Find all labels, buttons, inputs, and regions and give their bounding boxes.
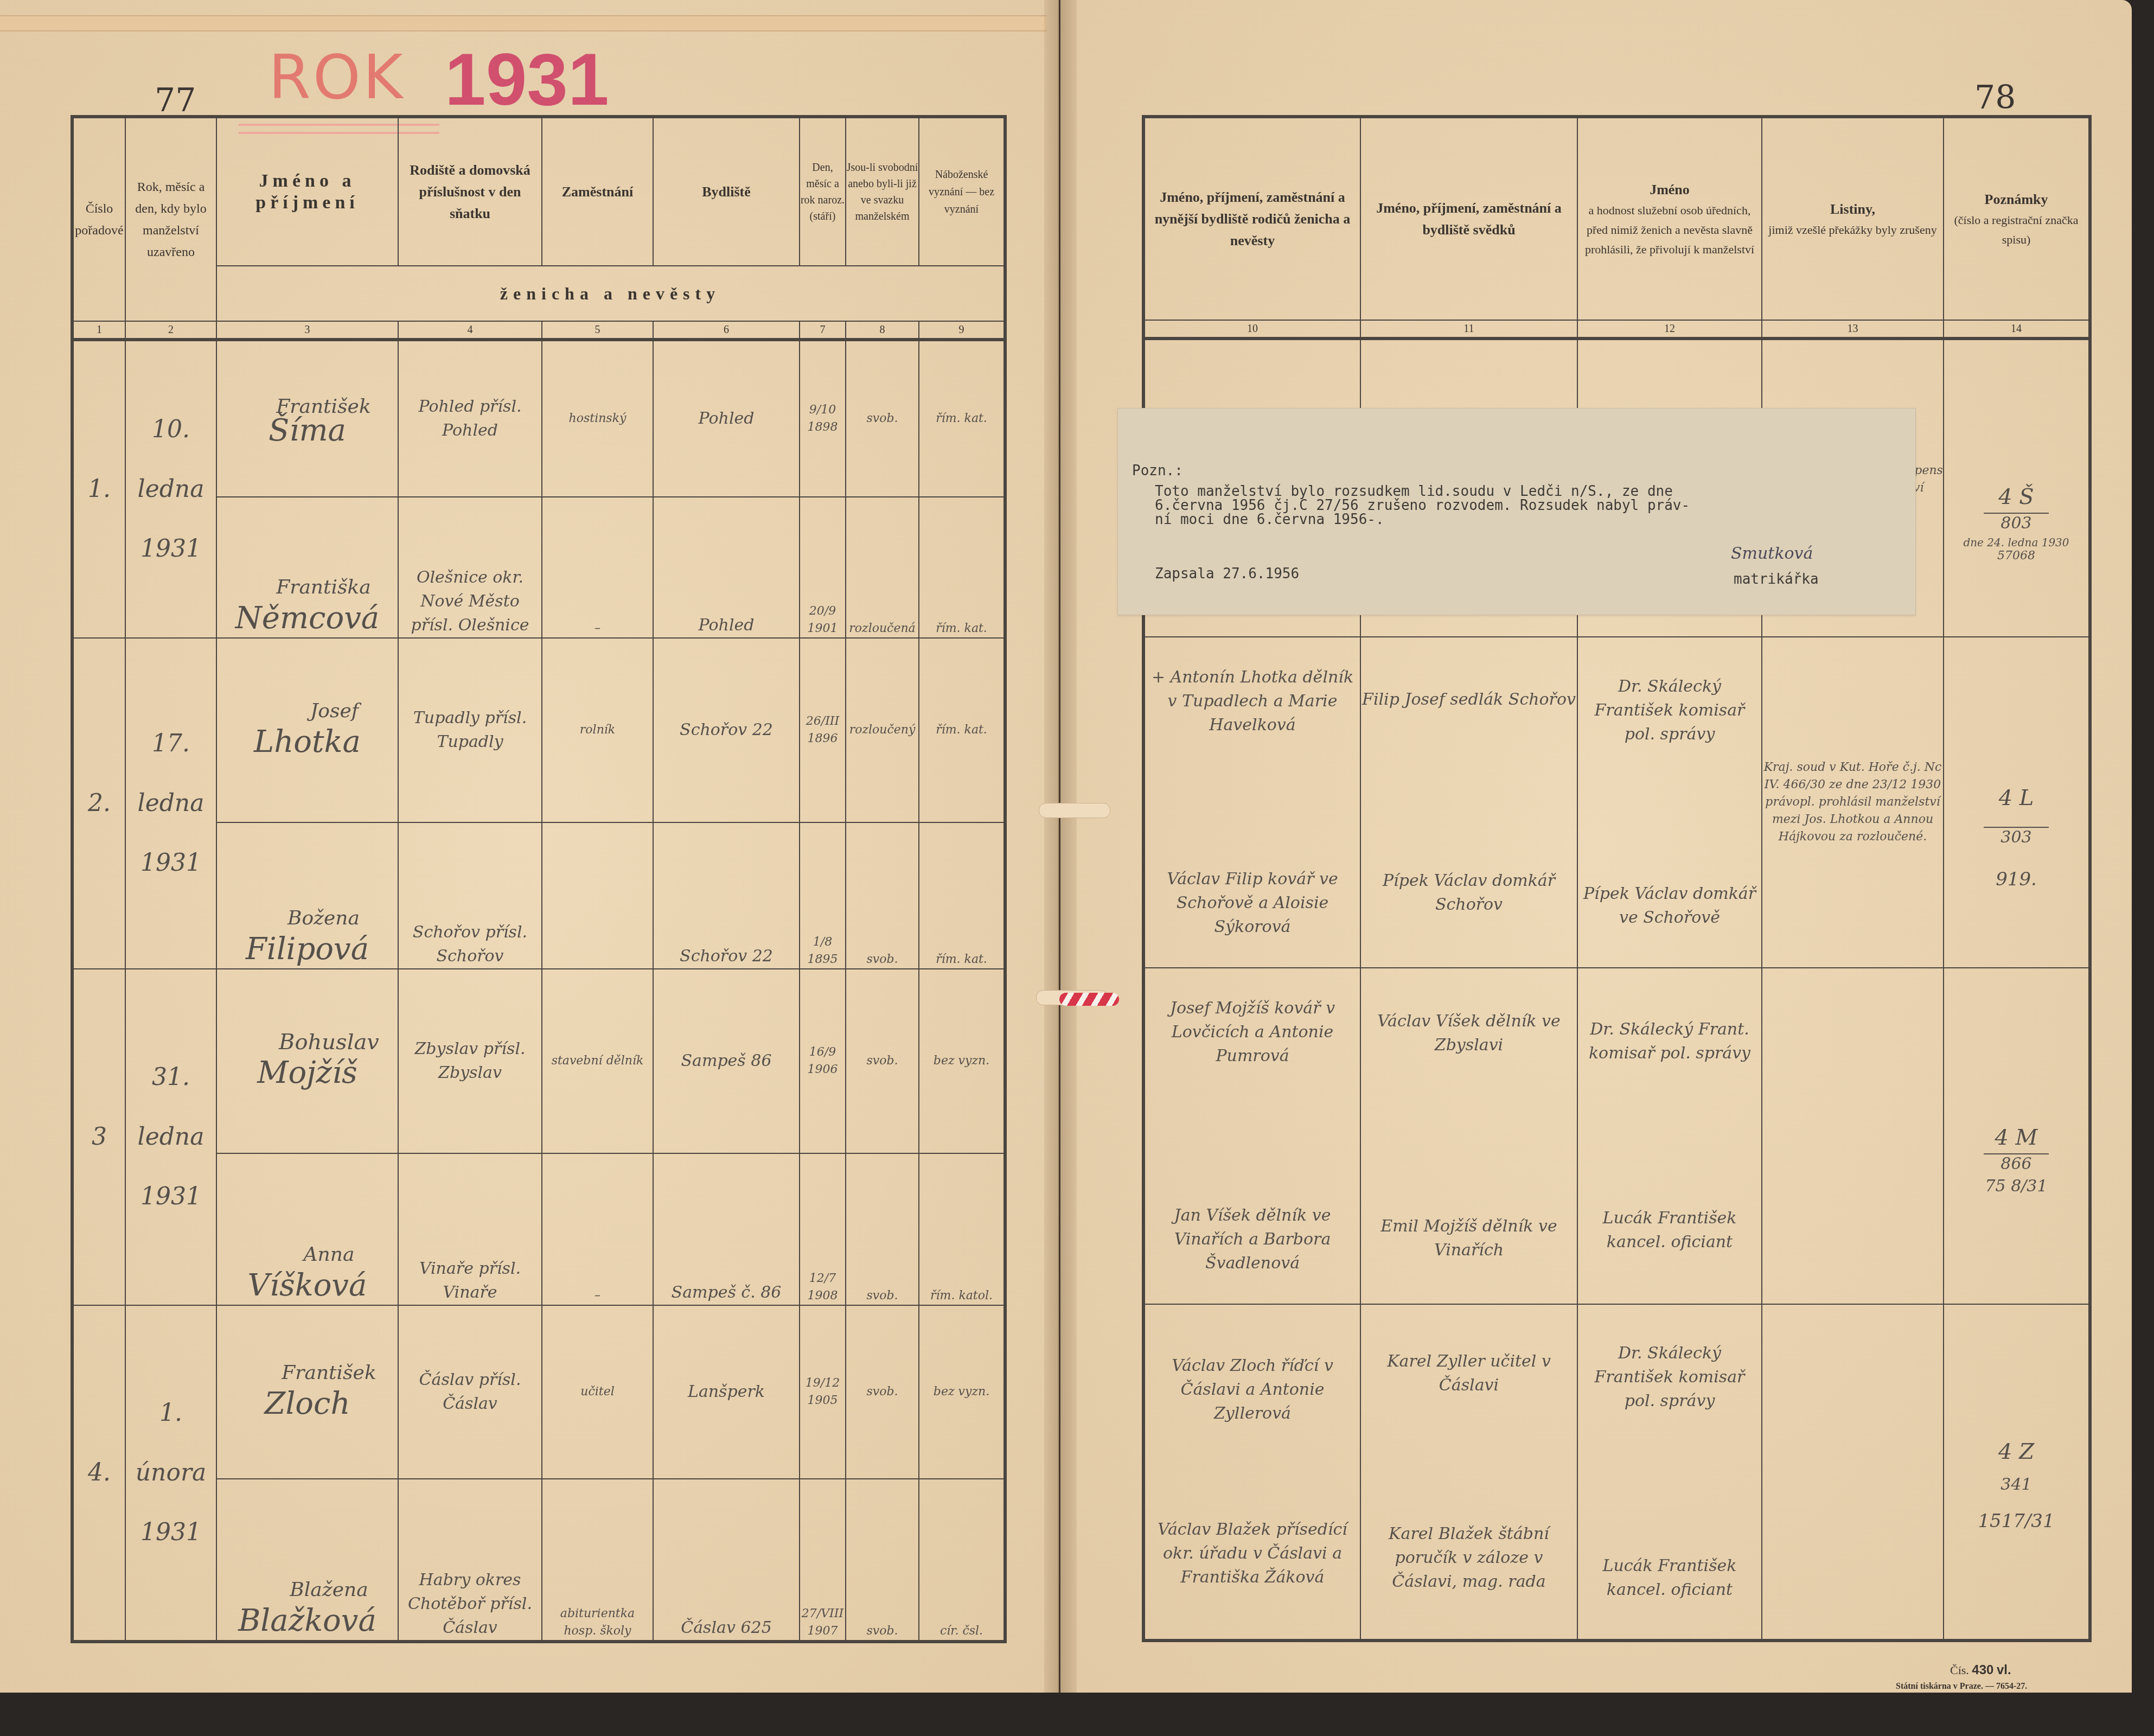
bride-religion: cír. čsl. <box>919 1479 1005 1642</box>
entry-day: 17. <box>126 714 216 774</box>
table-row-entry-4-groom: 4. 1. února 1931 FrantišekZloch Čáslav p… <box>72 1305 1005 1479</box>
bride-status: svob. <box>846 1153 919 1305</box>
bride-birthplace: Vinaře přísl. Vinaře <box>398 1153 542 1305</box>
bride-religion: řím. kat. <box>919 822 1005 969</box>
binding-hole <box>1039 803 1110 818</box>
groom-residence: Pohled <box>653 340 800 497</box>
annotation-signature: Smutková <box>1731 544 1813 563</box>
bride-birth: 20/9 1901 <box>800 497 846 638</box>
bride-occupation: – <box>542 1153 653 1305</box>
bride-birthplace: Habry okres Chotěboř přísl. Čáslav <box>398 1479 542 1642</box>
register-table-right: Jméno, příjmení, zaměstnání a nynější by… <box>1142 115 2092 1642</box>
bride-residence: Pohled <box>653 497 800 638</box>
bride-status: svob. <box>846 1479 919 1642</box>
groom-birthplace: Tupadly přísl. Tupadly <box>398 638 542 822</box>
header-bydliste: Bydliště <box>653 117 800 266</box>
col-number: 9 <box>919 321 1005 340</box>
groom-occupation: stavební dělník <box>542 969 653 1153</box>
col-number: 7 <box>800 321 846 340</box>
bride-occupation <box>542 822 653 969</box>
binding-string <box>1059 993 1119 1006</box>
bride-occupation: – <box>542 497 653 638</box>
groom-status: svob. <box>846 340 919 497</box>
parents-cell: Václav Zloch říďcí v Čáslavi a Antonie Z… <box>1143 1304 1360 1641</box>
groom-religion: bez vyzn. <box>919 969 1005 1153</box>
table-row-entry-3-groom: 3 31. ledna 1931 BohuslavMojžíš Zbyslav … <box>72 969 1005 1153</box>
entry-number: 2. <box>72 638 125 969</box>
page-number-right: 78 <box>1974 79 2016 117</box>
col-number: 6 <box>653 321 800 340</box>
remarks-cell: 4 Š 803 dne 24. ledna 1930 57068 <box>1944 339 2090 637</box>
header-datum: Rok, měsíc a den, kdy bylo manželství uz… <box>125 117 216 321</box>
table-row-entry-4-right: Václav Zloch říďcí v Čáslavi a Antonie Z… <box>1143 1304 2090 1641</box>
groom-name: JosefLhotka <box>216 638 398 822</box>
printer-imprint: Státní tiskárna v Praze. — 7654-27. <box>1896 1682 2027 1692</box>
entry-day: 1. <box>126 1383 216 1443</box>
header-listiny: Listiny, jimiž vzešlé překážky byly zruš… <box>1762 117 1944 320</box>
groom-birth: 16/9 1906 <box>800 969 846 1153</box>
stamp-year: 1931 <box>445 37 609 122</box>
bride-status: rozloučená <box>846 497 919 638</box>
header-cislo: Číslo pořadové <box>72 117 125 321</box>
col-number: 8 <box>846 321 919 340</box>
header-poznamky: Poznámky (číslo a registrační značka spi… <box>1944 117 2090 320</box>
groom-occupation: učitel <box>542 1305 653 1479</box>
groom-residence: Schořov 22 <box>653 638 800 822</box>
col-number: 14 <box>1944 320 2090 339</box>
groom-birth: 19/12 1905 <box>800 1305 846 1479</box>
parents-cell: Josef Mojžíš kovář v Lovčicích a Antonie… <box>1143 968 1360 1304</box>
entry-month: ledna <box>126 774 216 833</box>
witnesses-cell: Karel Zyller učitel v ČáslaviKarel Blaže… <box>1360 1304 1577 1641</box>
official-cell: Dr. Skálecký František komisař pol. sprá… <box>1577 1304 1762 1641</box>
col-number: 10 <box>1143 320 1360 339</box>
groom-birthplace: Zbyslav přísl. Zbyslav <box>398 969 542 1153</box>
col-number: 11 <box>1360 320 1577 339</box>
groom-status: svob. <box>846 969 919 1153</box>
remarks-cell: 4 M 866 75 8/31 <box>1944 968 2090 1304</box>
header-oddavajici: Jméno a hodnost služební osob úředních, … <box>1577 117 1762 320</box>
groom-name: FrantišekZloch <box>216 1305 398 1479</box>
annotation-role: matrikářka <box>1734 571 1819 588</box>
bride-religion: řím. katol. <box>919 1153 1005 1305</box>
col-number: 5 <box>542 321 653 340</box>
header-vyznani: Náboženské vyznání — bez vyznání <box>919 117 1005 266</box>
groom-residence: Sampeš 86 <box>653 969 800 1153</box>
entry-day: 31. <box>126 1048 216 1107</box>
entry-date: 10. ledna 1931 <box>125 340 216 638</box>
stamp-rok: ROK <box>269 42 405 113</box>
groom-birth: 26/III 1896 <box>800 638 846 822</box>
bride-birthplace: Olešnice okr. Nové Město přísl. Olešnice <box>398 497 542 638</box>
entry-year: 1931 <box>126 1503 216 1562</box>
documents-cell <box>1762 968 1944 1304</box>
entry-day: 10. <box>126 400 216 459</box>
groom-birthplace: Pohled přísl. Pohled <box>398 340 542 497</box>
header-svedci: Jméno, příjmení, zaměstnání a bydliště s… <box>1360 117 1577 320</box>
entry-number: 1. <box>72 340 125 638</box>
table-row-entry-2-groom: 2. 17. ledna 1931 JosefLhotka Tupadly př… <box>72 638 1005 822</box>
header-rodiste: Rodiště a domovská příslušnost v den sňa… <box>398 117 542 266</box>
entry-year: 1931 <box>126 1167 216 1227</box>
bride-birth: 27/VIII 1907 <box>800 1479 846 1642</box>
entry-month: ledna <box>126 459 216 519</box>
bride-occupation: abiturientka hosp. školy <box>542 1479 653 1642</box>
col-number: 12 <box>1577 320 1762 339</box>
entry-date: 31. ledna 1931 <box>125 969 216 1305</box>
header-zamestnani: Zaměstnání <box>542 117 653 266</box>
header-jmeno: Jméno a příjmení <box>216 117 398 266</box>
bride-birth: 12/7 1908 <box>800 1153 846 1305</box>
documents-cell <box>1762 1304 1944 1641</box>
official-cell: Dr. Skálecký Frant. komisař pol. správyL… <box>1577 968 1762 1304</box>
groom-status: svob. <box>846 1305 919 1479</box>
col-number: 13 <box>1762 320 1944 339</box>
col-number: 2 <box>125 321 216 340</box>
page-number-left: 77 <box>155 81 196 119</box>
groom-name: BohuslavMojžíš <box>216 969 398 1153</box>
witnesses-cell: Václav Víšek dělník ve ZbyslaviEmil Mojž… <box>1360 968 1577 1304</box>
bride-residence: Schořov 22 <box>653 822 800 969</box>
entry-year: 1931 <box>126 519 216 579</box>
bride-residence: Sampeš č. 86 <box>653 1153 800 1305</box>
groom-birthplace: Čáslav přísl. Čáslav <box>398 1305 542 1479</box>
annotation-label: Pozn.: <box>1132 463 1183 479</box>
documents-cell: Kraj. soud v Kut. Hoře č.j. Nc IV. 466/3… <box>1762 637 1944 968</box>
official-cell: Dr. Skálecký František komisař pol. sprá… <box>1577 637 1762 968</box>
form-number: Čís. 430 vl. <box>1950 1663 2011 1678</box>
entry-month: února <box>126 1443 216 1503</box>
table-row-entry-2-right: + Antonín Lhotka dělník v Tupadlech a Ma… <box>1143 637 2090 968</box>
header-narozeni: Den, měsíc a rok naroz. (stáří) <box>800 117 846 266</box>
groom-occupation: rolník <box>542 638 653 822</box>
groom-residence: Lanšperk <box>653 1305 800 1479</box>
bride-name: BoženaFilipová <box>216 822 398 969</box>
groom-birth: 9/10 1898 <box>800 340 846 497</box>
bride-status: svob. <box>846 822 919 969</box>
groom-occupation: hostinský <box>542 340 653 497</box>
annotation-text: Toto manželství bylo rozsudkem lid.soudu… <box>1155 484 1893 527</box>
entry-year: 1931 <box>126 833 216 893</box>
groom-status: rozloučený <box>846 638 919 822</box>
groom-religion: řím. kat. <box>919 340 1005 497</box>
table-row-entry-1-groom: 1. 10. ledna 1931 FrantišekŠíma Pohled p… <box>72 340 1005 497</box>
entry-date: 17. ledna 1931 <box>125 638 216 969</box>
col-number: 3 <box>216 321 398 340</box>
header-stav: Jsou-li svobodní anebo byli-li již ve sv… <box>846 117 919 266</box>
entry-date: 1. února 1931 <box>125 1305 216 1642</box>
header-rodice: Jméno, příjmení, zaměstnání a nynější by… <box>1143 117 1360 320</box>
groom-name: FrantišekŠíma <box>216 340 398 497</box>
col-number: 1 <box>72 321 125 340</box>
remarks-cell: 4 L 303 919. <box>1944 637 2090 968</box>
entry-month: ledna <box>126 1107 216 1167</box>
witnesses-cell: Filip Josef sedlák SchořovPípek Václav d… <box>1360 637 1577 968</box>
bride-name: AnnaVíšková <box>216 1153 398 1305</box>
parents-cell: + Antonín Lhotka dělník v Tupadlech a Ma… <box>1143 637 1360 968</box>
typed-annotation-slip: Pozn.: Toto manželství bylo rozsudkem li… <box>1117 408 1916 615</box>
register-table-left: Číslo pořadové Rok, měsíc a den, kdy byl… <box>71 115 1007 1643</box>
entry-number: 3 <box>72 969 125 1305</box>
bride-residence: Čáslav 625 <box>653 1479 800 1642</box>
groom-religion: řím. kat. <box>919 638 1005 822</box>
groom-religion: bez vyzn. <box>919 1305 1005 1479</box>
remarks-cell: 4 Z 341 1517/31 <box>1944 1304 2090 1641</box>
bride-birth: 1/8 1895 <box>800 822 846 969</box>
bride-birthplace: Schořov přísl. Schořov <box>398 822 542 969</box>
annotation-date: Zapsala 27.6.1956 <box>1155 566 1299 582</box>
bride-name: BlaženaBlažková <box>216 1479 398 1642</box>
bride-religion: řím. kat. <box>919 497 1005 638</box>
header-span-zenicha-a-nevesty: ženicha a nevěsty <box>216 266 1005 321</box>
book-spine <box>1044 0 1077 1693</box>
col-number: 4 <box>398 321 542 340</box>
entry-number: 4. <box>72 1305 125 1642</box>
top-margin-band <box>0 15 1047 31</box>
table-row-entry-3-right: Josef Mojžíš kovář v Lovčicích a Antonie… <box>1143 968 2090 1304</box>
bride-name: FrantiškaNěmcová <box>216 497 398 638</box>
